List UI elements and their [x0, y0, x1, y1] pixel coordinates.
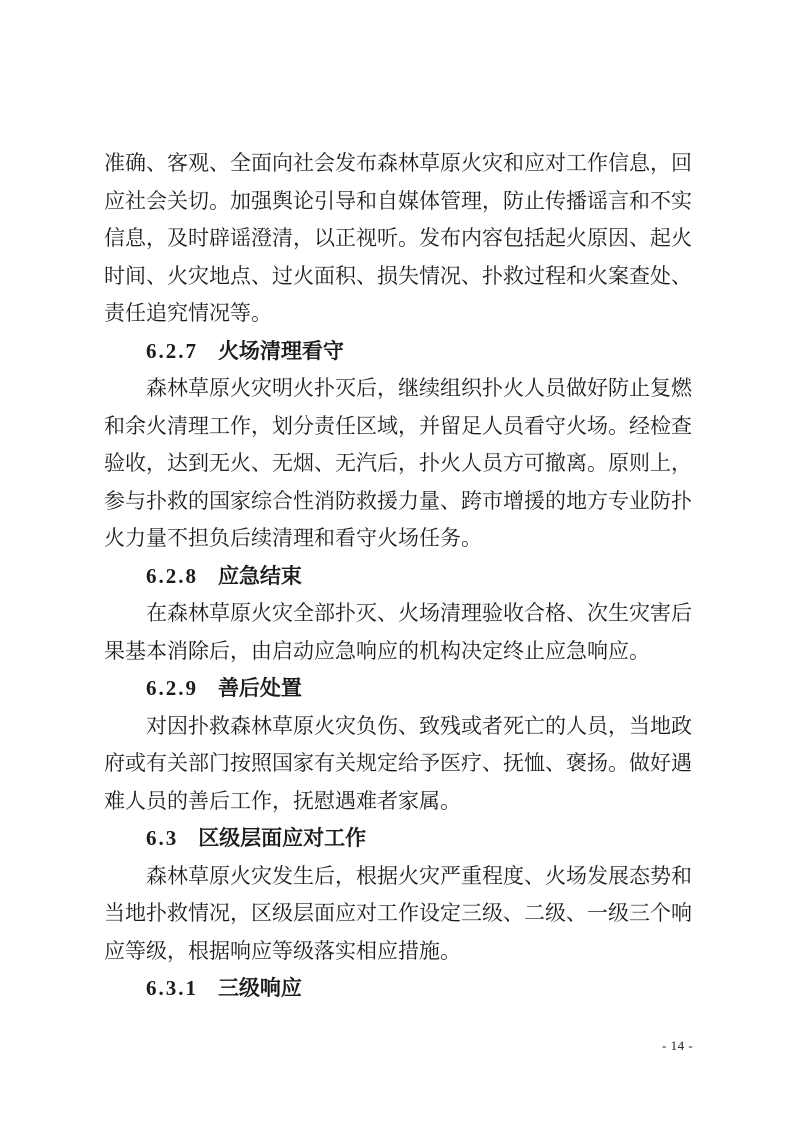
- heading-number: 6.2.7: [146, 339, 198, 363]
- heading-title: 区级层面应对工作: [198, 827, 366, 850]
- heading-title: 应急结束: [218, 565, 302, 588]
- body-paragraph: 森林草原火灾发生后，根据火灾严重程度、火场发展态势和当地扑救情况，区级层面应对工…: [104, 858, 692, 971]
- body-paragraph: 对因扑救森林草原火灾负伤、致残或者死亡的人员，当地政府或有关部门按照国家有关规定…: [104, 708, 692, 821]
- document-body: 准确、客观、全面向社会发布森林草原火灾和应对工作信息，回应社会关切。加强舆论引导…: [104, 145, 692, 1008]
- body-paragraph: 准确、客观、全面向社会发布森林草原火灾和应对工作信息，回应社会关切。加强舆论引导…: [104, 145, 692, 333]
- body-paragraph: 在森林草原火灾全部扑灭、火场清理验收合格、次生灾害后果基本消除后，由启动应急响应…: [104, 595, 692, 670]
- section-heading-6-2-9: 6.2.9善后处置: [104, 670, 692, 708]
- heading-number: 6.2.8: [146, 564, 198, 588]
- page-number: - 14 -: [662, 1038, 693, 1054]
- section-heading-6-2-8: 6.2.8应急结束: [104, 558, 692, 596]
- heading-title: 火场清理看守: [218, 340, 344, 363]
- heading-title: 三级响应: [218, 977, 302, 1000]
- heading-number: 6.2.9: [146, 676, 198, 700]
- section-heading-6-2-7: 6.2.7火场清理看守: [104, 333, 692, 371]
- section-heading-6-3-1: 6.3.1三级响应: [104, 970, 692, 1008]
- heading-title: 善后处置: [218, 677, 302, 700]
- heading-number: 6.3: [146, 826, 178, 850]
- body-paragraph: 森林草原火灾明火扑灭后，继续组织扑火人员做好防止复燃和余火清理工作，划分责任区域…: [104, 370, 692, 558]
- heading-number: 6.3.1: [146, 976, 198, 1000]
- document-page: 准确、客观、全面向社会发布森林草原火灾和应对工作信息，回应社会关切。加强舆论引导…: [0, 0, 793, 1122]
- section-heading-6-3: 6.3区级层面应对工作: [104, 820, 692, 858]
